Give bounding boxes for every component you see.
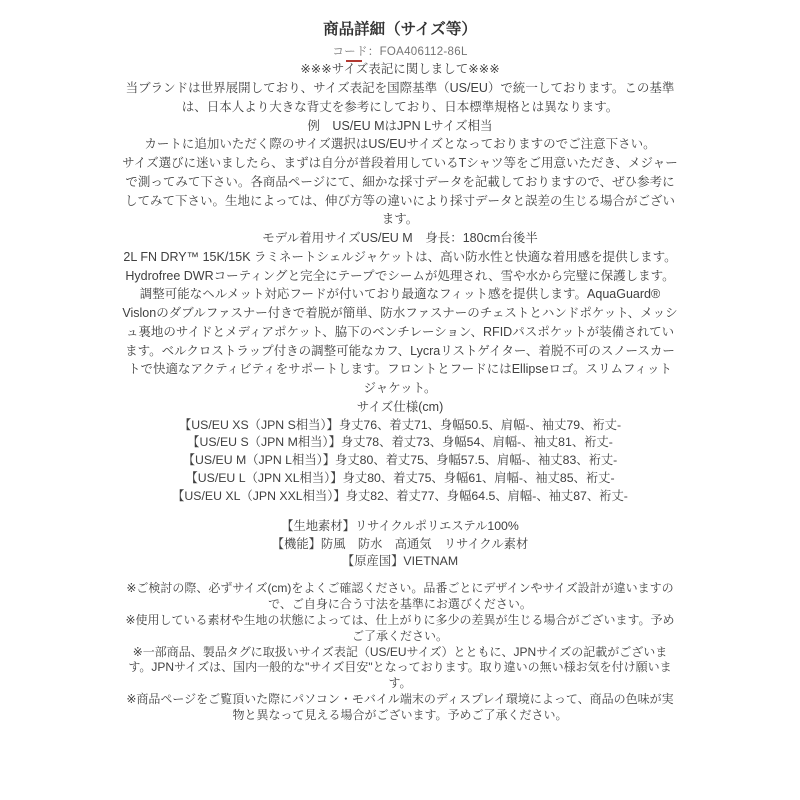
note-size-check: ※ご検討の際、必ずサイズ(cm)をよくご確認ください。品番ごとにデザインやサイズ…	[122, 581, 678, 613]
fitting-tip: サイズ選びに迷いましたら、まずは自分が普段着用しているTシャツ等をご用意いただき…	[122, 154, 678, 229]
size-row-m: 【US/EU M（JPN L相当）】身丈80、着丈75、身幅57.5、肩幅-、袖…	[122, 452, 678, 470]
note-jpn-size-tag: ※一部商品、製品タグに取扱いサイズ表記（US/EUサイズ）とともに、JPNサイズ…	[122, 645, 678, 692]
note-display-color: ※商品ページをご覧頂いた際にパソコン・モバイル端末のディスプレイ環境によって、商…	[122, 692, 678, 724]
product-description: 2L FN DRY™ 15K/15K ラミネートシェルジャケットは、高い防水性と…	[122, 248, 678, 398]
size-row-s: 【US/EU S（JPN M相当）】身丈78、着丈73、身幅54、肩幅-、袖丈8…	[122, 434, 678, 452]
size-row-xs: 【US/EU XS（JPN S相当）】身丈76、着丈71、身幅50.5、肩幅-、…	[122, 417, 678, 435]
attribute-material: 【生地素材】リサイクルポリエステル100%	[122, 518, 678, 536]
size-notice-body: 当ブランドは世界展開しており、サイズ表記を国際基準（US/EU）で統一しておりま…	[122, 79, 678, 117]
attribute-origin: 【原産国】VIETNAM	[122, 553, 678, 571]
size-spec-heading: サイズ仕様(cm)	[122, 398, 678, 417]
product-code-line: コード：FOA406112-86L	[122, 45, 678, 60]
note-material-variance: ※使用している素材や生地の状態によっては、仕上がりに多少の差異が生じる場合がござ…	[122, 613, 678, 645]
product-code-value: FOA406112-86L	[380, 46, 468, 58]
size-spec-list: 【US/EU XS（JPN S相当）】身丈76、着丈71、身幅50.5、肩幅-、…	[122, 417, 678, 506]
disclaimer-notes: ※ご検討の際、必ずサイズ(cm)をよくご確認ください。品番ごとにデザインやサイズ…	[122, 581, 678, 723]
model-wearing-info: モデル着用サイズUS/EU M 身長：180cm台後半	[122, 229, 678, 248]
size-notice-heading: ※※※サイズ表記に関しまして※※※	[122, 60, 678, 79]
size-row-xl: 【US/EU XL（JPN XXL相当）】身丈82、着丈77、身幅64.5、肩幅…	[122, 488, 678, 506]
size-notice-example: 例 US/EU MはJPN Lサイズ相当	[122, 117, 678, 136]
page-title: 商品詳細（サイズ等）	[122, 20, 678, 39]
product-detail-section: 商品詳細（サイズ等） コード：FOA406112-86L ※※※サイズ表記に関し…	[122, 0, 678, 724]
product-code-label: コード：	[332, 45, 379, 60]
product-attributes: 【生地素材】リサイクルポリエステル100% 【機能】防風 防水 高通気 リサイク…	[122, 518, 678, 571]
cart-size-note: カートに追加いただく際のサイズ選択はUS/EUサイズとなっておりますのでご注意下…	[122, 135, 678, 154]
attribute-features: 【機能】防風 防水 高通気 リサイクル素材	[122, 536, 678, 554]
size-row-l: 【US/EU L（JPN XL相当）】身丈80、着丈75、身幅61、肩幅-、袖丈…	[122, 470, 678, 488]
